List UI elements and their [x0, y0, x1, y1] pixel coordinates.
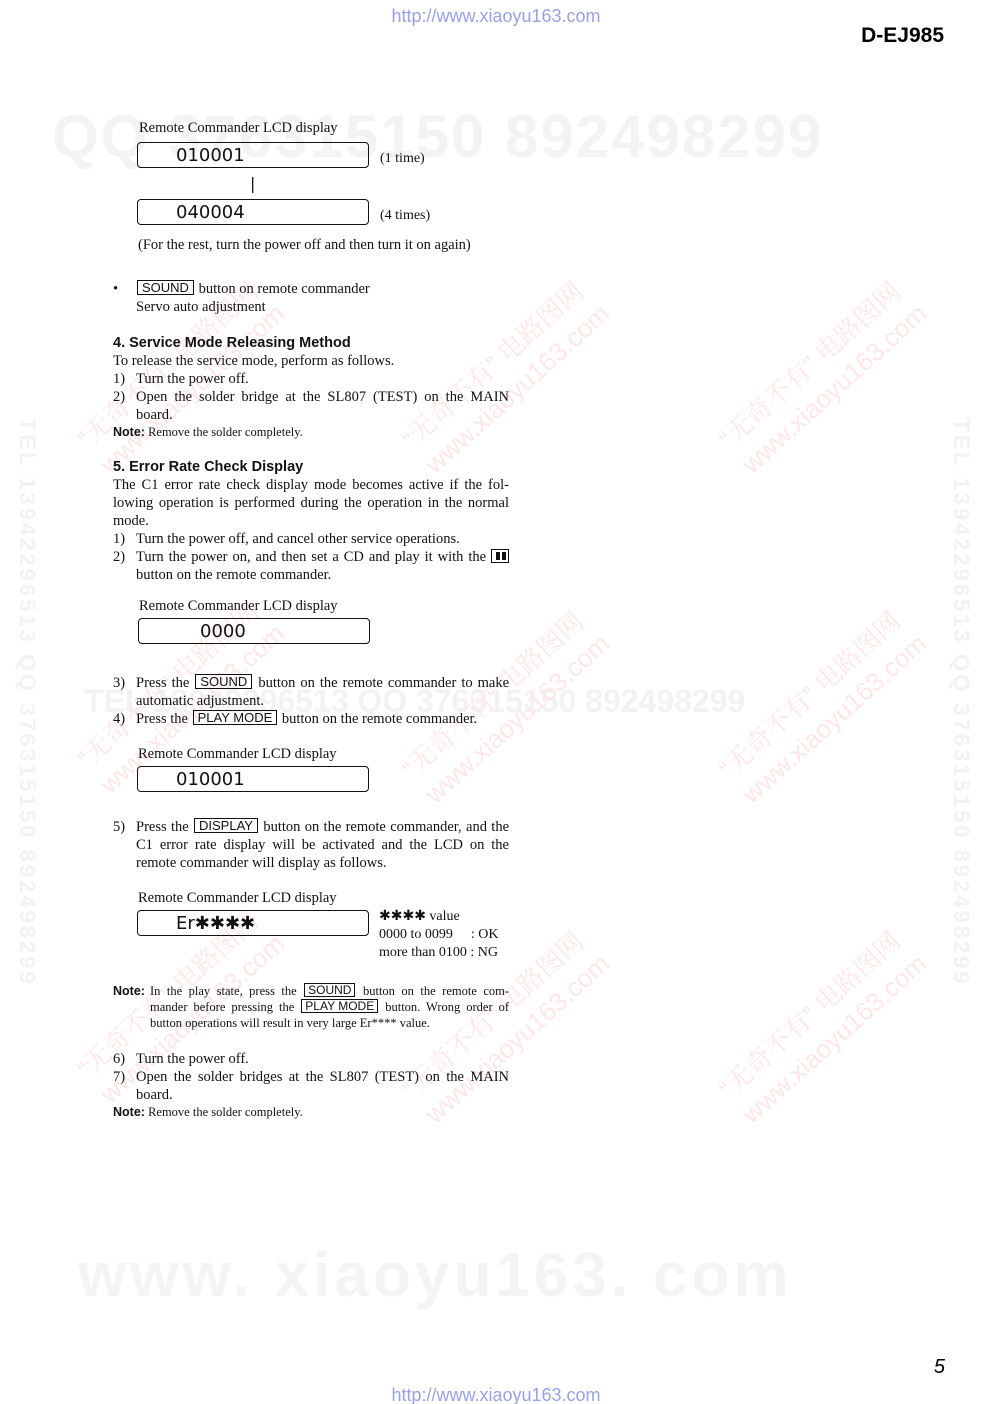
section-intro: To release the service mode, perform as … — [113, 352, 509, 370]
watermark-diagonal: “无奇不有” 电路图网www.xiaoyu163.com — [712, 921, 934, 1130]
step-item: 2)Open the solder bridge at the SL807 (T… — [113, 388, 509, 424]
lcd-caption: Remote Commander LCD display — [138, 745, 337, 763]
watermark-bottom: www. xiaoyu163. com — [78, 1240, 793, 1311]
bullet-subtext: Servo auto adjustment — [136, 298, 266, 316]
note: Note: Remove the solder completely. — [113, 1103, 303, 1121]
play-mode-key: PLAY MODE — [193, 710, 278, 725]
rest-note: (For the rest, turn the power off and th… — [138, 236, 471, 254]
step-item: 1)Turn the power off, and cancel other s… — [113, 530, 509, 548]
lcd-display: 0000 — [138, 618, 370, 644]
page-number: 5 — [934, 1356, 945, 1379]
lcd-display: Er✱✱✱✱ — [137, 910, 369, 936]
section-intro: The C1 error rate check display mode bec… — [113, 476, 509, 530]
header-url-link[interactable]: http://www.xiaoyu163.com — [0, 6, 992, 27]
bullet-item: SOUND button on remote commander — [136, 280, 370, 298]
section-title: 4. Service Mode Releasing Method — [113, 334, 351, 352]
lcd-note: (1 time) — [380, 150, 425, 168]
sound-key: SOUND — [195, 674, 252, 689]
watermark-diagonal: “无奇不有” 电路图网www.xiaoyu163.com — [712, 271, 934, 480]
separator-bar: | — [250, 175, 255, 193]
play-mode-key: PLAY MODE — [301, 999, 378, 1013]
watermark-diagonal: “无奇不有” 电路图网www.xiaoyu163.com — [712, 601, 934, 810]
sound-key: SOUND — [304, 983, 355, 997]
sound-key: SOUND — [137, 280, 194, 295]
note: Note: Remove the solder completely. — [113, 423, 303, 441]
lcd-caption: Remote Commander LCD display — [139, 119, 338, 137]
footer-url-link[interactable]: http://www.xiaoyu163.com — [0, 1385, 992, 1404]
note: Note: In the play state, press the SOUND… — [113, 983, 509, 1031]
lcd-display: 010001 — [137, 142, 369, 168]
step-item: 4) Press the PLAY MODE button on the rem… — [113, 710, 509, 728]
step-item: 6)Turn the power off. — [113, 1050, 509, 1068]
value-legend: ✱✱✱✱ value 0000 to 0099: OK more than 01… — [379, 908, 499, 962]
step-item: 2) Turn the power on, and then set a CD … — [113, 548, 509, 584]
bullet-icon: • — [113, 280, 118, 298]
lcd-display: 040004 — [137, 199, 369, 225]
step-item: 5) Press the DISPLAY button on the remot… — [113, 818, 509, 872]
section-title: 5. Error Rate Check Display — [113, 458, 303, 476]
model-number: D-EJ985 — [861, 24, 944, 48]
step-item: 3) Press the SOUND button on the remote … — [113, 674, 509, 710]
display-key: DISPLAY — [194, 818, 258, 833]
lcd-caption: Remote Commander LCD display — [139, 597, 338, 615]
step-item: 1)Turn the power off. — [113, 370, 509, 388]
lcd-note: (4 times) — [380, 207, 430, 225]
lcd-caption: Remote Commander LCD display — [138, 889, 337, 907]
watermark-vertical-left: TEL 13942296513 QQ 376315150 892498299 — [14, 418, 40, 987]
lcd-display: 010001 — [137, 766, 369, 792]
step-item: 7)Open the solder bridges at the SL807 (… — [113, 1068, 509, 1104]
pause-icon — [491, 549, 509, 563]
watermark-vertical-right: TEL 13942296513 QQ 376315150 892498299 — [948, 418, 974, 987]
